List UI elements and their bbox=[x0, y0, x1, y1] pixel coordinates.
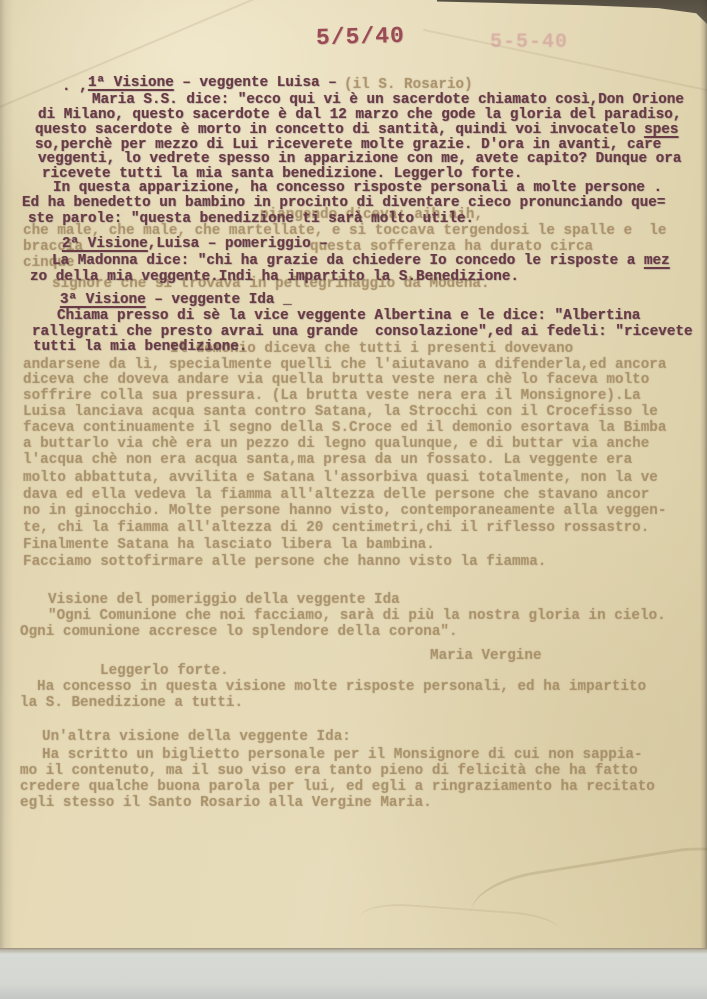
ghost-line: Ha concesso in questa visione molte risp… bbox=[37, 679, 646, 695]
typed-line: rallegrati che presto avrai una grande c… bbox=[32, 324, 693, 340]
ghost-line: molto abbattuta, avvilita e Satana l'ass… bbox=[23, 470, 658, 486]
ghost-line: Un'altra visione della veggente Ida: bbox=[42, 729, 351, 745]
ghost-line: Facciamo sottofirmare alle persone che h… bbox=[23, 554, 546, 570]
ghost-line: egli stesso il Santo Rosario alla Vergin… bbox=[20, 795, 432, 811]
underlined-text: mez bbox=[644, 253, 670, 269]
underlined-text: spes bbox=[644, 122, 678, 138]
underlined-text: 2ª Visione bbox=[62, 236, 148, 252]
ghost-line: Visione del pomeriggio della veggente Id… bbox=[48, 592, 400, 608]
typed-line: tutti la mia benedizione. bbox=[33, 339, 248, 355]
ghost-line: la S. Benedizione a tutti. bbox=[20, 695, 243, 711]
ghost-line: a buttarlo via chè era un pezzo di legno… bbox=[23, 436, 649, 452]
ghost-line: (il S. Rosario) bbox=[344, 77, 473, 93]
ghost-line: l'acqua chè non era acqua santa,ma presa… bbox=[23, 452, 632, 468]
ghost-line: Luisa lanciava acqua santa contro Satana… bbox=[23, 404, 658, 420]
ghost-line: no in ginocchio. Molte persone hanno vis… bbox=[23, 503, 666, 519]
ghost-line: faceva continuamente il segno della S.Cr… bbox=[23, 420, 666, 436]
ghost-line: soffrire colla sua pressura. (La brutta … bbox=[23, 388, 641, 404]
underlined-text: 1ª Visione bbox=[88, 75, 174, 91]
ghost-line: dava ed ella vedeva la fiamma all'altezz… bbox=[23, 487, 649, 503]
typed-line: Maria S.S. dice: "ecco qui vi è un sacer… bbox=[92, 92, 684, 108]
typed-line: La Madonna dice: "chi ha grazie da chied… bbox=[52, 253, 670, 269]
paper-sheet: 5/5/40 5-5-40 (il S. Rosario)piangendo d… bbox=[0, 0, 707, 948]
typed-line: veggenti, lo vedrete spesso in apparizio… bbox=[38, 151, 681, 167]
ghost-line: mo il contenuto, ma il suo viso era tant… bbox=[20, 763, 638, 779]
ghost-line: Ha scritto un biglietto personale per il… bbox=[42, 747, 643, 763]
typed-line: 2ª Visione,Luisa – pomeriggio – bbox=[62, 236, 328, 252]
ghost-line: Ogni comunione accresce lo splendore del… bbox=[20, 624, 458, 640]
ghost-line: andarsene da lì, specialmente quelli che… bbox=[23, 357, 666, 373]
ghost-line: Maria Vergine bbox=[430, 648, 542, 664]
ghost-line: Leggerlo forte. bbox=[100, 663, 229, 679]
typed-line: 3ª Visione – veggente Ida _ bbox=[60, 292, 292, 308]
date-ink: 5/5/40 bbox=[316, 23, 405, 51]
typed-line: ste parole: "questa benedizione ti sarà … bbox=[28, 211, 474, 227]
ghost-line: "Ogni Comunione che noi facciamo, sarà d… bbox=[48, 608, 666, 624]
typed-line: In questa apparizione, ha concesso rispo… bbox=[53, 180, 662, 196]
date-pencil-ghost: 5-5-40 bbox=[490, 31, 568, 55]
typed-line: 1ª Visione – veggente Luisa – bbox=[88, 75, 337, 91]
typed-line: Chiama presso di sè la vice veggente Alb… bbox=[57, 308, 640, 324]
typed-line: zo della mia veggente.Indi ha impartito … bbox=[30, 269, 519, 285]
crease-mark bbox=[467, 838, 707, 944]
scanned-document: 5/5/40 5-5-40 (il S. Rosario)piangendo d… bbox=[0, 0, 707, 999]
scanner-background bbox=[0, 948, 707, 999]
underlined-text: 3ª Visione bbox=[60, 292, 146, 308]
ghost-line: diceva che doveva andare via quella brut… bbox=[23, 372, 649, 388]
ghost-line: te, chi la fiamma all'altezza di 20 cent… bbox=[23, 520, 649, 536]
ghost-line: Finalmente Satana ha lasciato libera la … bbox=[23, 537, 435, 553]
typed-line: . , bbox=[62, 79, 88, 95]
typed-line: Ed ha benedetto un bambino in procinto d… bbox=[22, 195, 665, 211]
crease-mark bbox=[359, 901, 561, 947]
scan-edge-shadow bbox=[437, 0, 707, 24]
typed-line: questo sacerdote è morto in concetto di … bbox=[35, 122, 678, 138]
typed-line: di Milano, questo sacerdote è dal 12 mar… bbox=[38, 107, 681, 123]
ghost-line: credere qualche buona parola per lui, ed… bbox=[20, 779, 655, 795]
